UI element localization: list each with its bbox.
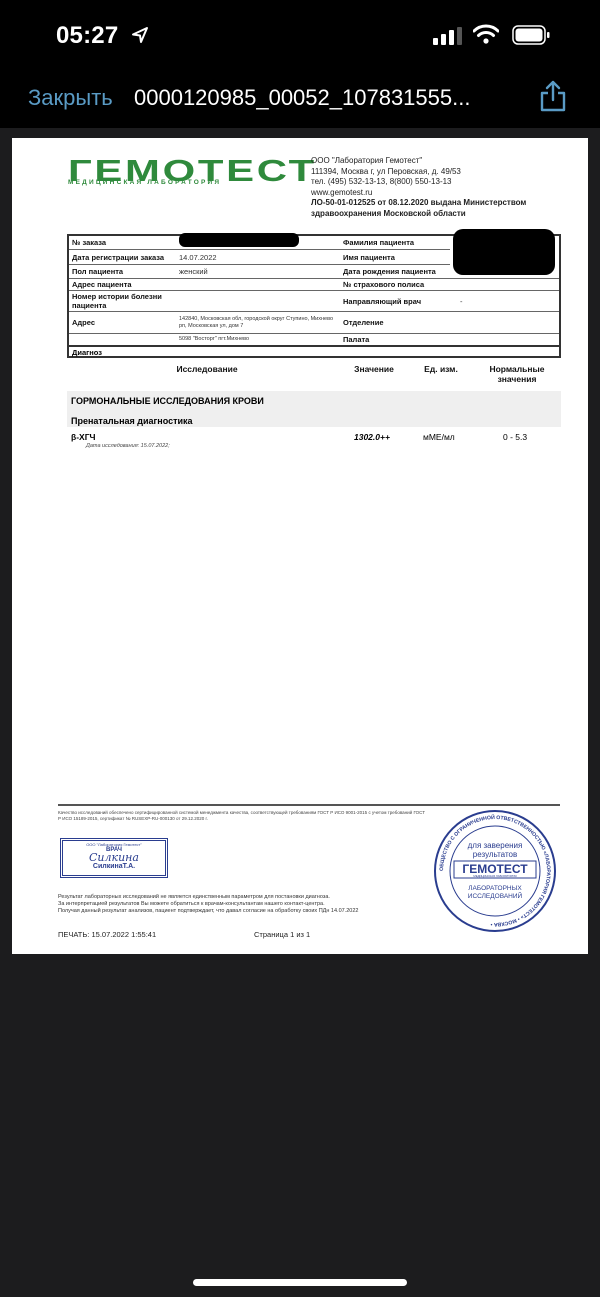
cellular-signal-icon <box>433 27 463 45</box>
svg-text:для заверения: для заверения <box>468 841 523 850</box>
close-button[interactable]: Закрыть <box>28 85 113 111</box>
svg-text:ЛАБОРАТОРНЫХ: ЛАБОРАТОРНЫХ <box>468 885 522 892</box>
org-phone: тел. (495) 532-13-13, 8(800) 550-13-13 <box>311 177 526 188</box>
result-norm: 0 - 5.3 <box>503 432 527 442</box>
status-time: 05:27 <box>56 22 118 50</box>
org-name: ООО "Лаборатория Гемотест" <box>311 156 526 167</box>
document-title: 0000120985_00052_107831555... <box>134 85 470 111</box>
patient-address-label: Адрес пациента <box>68 279 176 291</box>
doctor-label: Направляющий врач <box>340 291 450 312</box>
patient-info-table: № заказа Фамилия пациента Дата регистрац… <box>67 234 561 347</box>
org-info: ООО "Лаборатория Гемотест" 111394, Москв… <box>311 156 526 219</box>
doctor-signature: Силкина <box>63 853 165 863</box>
org-license-2: здравоохранения Московской области <box>311 209 526 220</box>
disclaimer: Результат лабораторных исследований не я… <box>58 894 398 915</box>
svg-text:ИССЛЕДОВАНИЙ: ИССЛЕДОВАНИЙ <box>468 891 523 900</box>
location-arrow-icon <box>130 25 150 45</box>
result-date: Дата исследования: 15.07.2022; <box>86 443 170 449</box>
sex-value: женский <box>176 264 340 278</box>
reg-date-value: 14.07.2022 <box>176 250 340 264</box>
print-timestamp: ПЕЧАТЬ: 15.07.2022 1:55:41 <box>58 930 156 939</box>
doctor-stamp: ООО "Лаборатория Гемотест" ВРАЧ Силкина … <box>60 838 168 878</box>
result-unit: мМЕ/мл <box>423 432 455 442</box>
order-no-label: № заказа <box>68 235 176 250</box>
org-site: www.gemotest.ru <box>311 188 526 199</box>
surname-label: Фамилия пациента <box>340 235 450 250</box>
stamp-doctor-name: СилкинаТ.А. <box>63 863 165 870</box>
name-label: Имя пациента <box>340 250 450 264</box>
wifi-icon <box>473 24 499 44</box>
history-no-label: Номер истории болезни пациента <box>68 291 176 312</box>
top-bar: 05:27 Закрыть 0000120985_00052_107831555… <box>0 0 600 128</box>
address-label: Адрес <box>68 312 176 334</box>
result-name: β-ХГЧ <box>71 432 95 442</box>
footer-divider <box>58 804 560 806</box>
page-number: Страница 1 из 1 <box>254 930 310 939</box>
header-value: Значение <box>346 364 402 374</box>
sex-label: Пол пациента <box>68 264 176 278</box>
home-indicator[interactable] <box>193 1279 407 1286</box>
diagnosis-label: Диагноз <box>67 345 561 358</box>
svg-text:результатов: результатов <box>473 850 517 859</box>
order-no-value <box>176 235 340 250</box>
policy-label: № страхового полиса <box>340 279 450 291</box>
doctor-value: - <box>450 291 560 312</box>
header-test: Исследование <box>132 364 282 374</box>
lab-seal-stamp: ОБЩЕСТВО С ОГРАНИЧЕННОЙ ОТВЕТСТВЕННОСТЬЮ… <box>432 808 558 934</box>
org-license: ЛО-50-01-012525 от 08.12.2020 выдана Мин… <box>311 198 526 209</box>
share-icon[interactable] <box>538 80 568 112</box>
redaction-mark <box>179 233 299 247</box>
reg-date-label: Дата регистрации заказа <box>68 250 176 264</box>
lab-logo-subtitle: МЕДИЦИНСКАЯ ЛАБОРАТОРИЯ <box>68 179 221 186</box>
department-label: Отделение <box>340 312 450 334</box>
header-unit: Ед. изм. <box>416 364 466 374</box>
svg-text:МЕДИЦИНСКАЯ ЛАБОРАТОРИЯ: МЕДИЦИНСКАЯ ЛАБОРАТОРИЯ <box>473 874 516 878</box>
header-norm: Нормальные значения <box>482 364 552 384</box>
document-page: ГЕМОТЕСТ МЕДИЦИНСКАЯ ЛАБОРАТОРИЯ ООО "Ла… <box>12 138 588 954</box>
birth-label: Дата рождения пациента <box>340 264 450 278</box>
address-value: 142840, Московская обл, городской округ … <box>176 312 340 334</box>
org-address: 111394, Москва г, ул Перовская, д. 49/53 <box>311 167 526 178</box>
section-title: ГОРМОНАЛЬНЫЕ ИССЛЕДОВАНИЯ КРОВИ <box>71 396 264 406</box>
disclaimer-line: За интерпретацией результатов Вы можете … <box>58 901 398 908</box>
redacted-patient-data <box>450 235 560 279</box>
battery-icon <box>512 25 550 45</box>
disclaimer-line: Получая данный результат анализов, пацие… <box>58 908 398 915</box>
quality-note: Качество исследований обеспечено сертифи… <box>58 810 428 822</box>
disclaimer-line: Результат лабораторных исследований не я… <box>58 894 398 901</box>
result-value: 1302.0++ <box>354 432 390 442</box>
redaction-mark <box>453 229 555 275</box>
subsection-title: Пренатальная диагностика <box>71 416 193 426</box>
